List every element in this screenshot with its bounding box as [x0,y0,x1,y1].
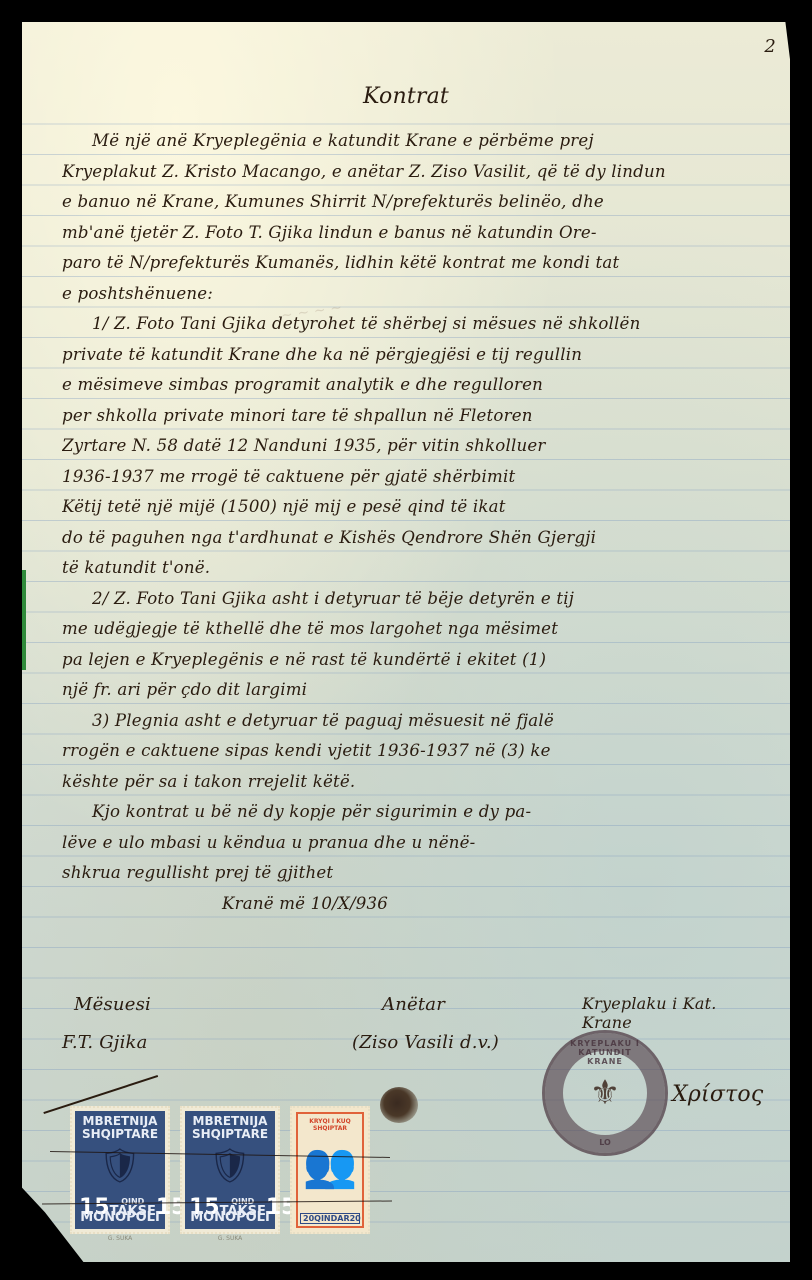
stamp-value-left: 20 [303,1214,314,1223]
contract-paper: 2 Kontrat ~ ~ ~ ~ Më një anë Kryeplegëni… [22,22,790,1262]
text-line: Më një anë Kryeplegënia e katundit Krane… [62,126,760,157]
tax-stamp-2: MBRETNIJA SHQIPTARE 🛡 15 QINDTAKSE 15 MO… [180,1106,280,1234]
text-line: do të paguhen nga t'ardhunat e Kishës Qe… [62,523,760,554]
stamp-monopoli: MONOPOLI [185,1210,275,1225]
text-line: pa lejen e Kryeplegënis e në rast të kun… [62,645,760,676]
text-line: një fr. ari për çdo dit largimi [62,675,760,706]
teacher-label: Mësuesi [74,994,151,1015]
double-eagle-icon: 🛡 [75,1141,165,1191]
stamp-country-line2: SHQIPTARE [75,1128,165,1141]
clause-1-line: 1/ Z. Foto Tani Gjika detyrohet të shërb… [62,309,760,340]
text-line: shkrua regullisht prej të gjithet [62,858,760,889]
text-line: lëve e ulo mbasi u këndua u pranua dhe u… [62,828,760,859]
stamp-printer: G. SUKA [185,1235,275,1242]
text-line: 1936-1937 me rrogë të caktuene për gjatë… [62,462,760,493]
double-eagle-icon: 🛡 [185,1141,275,1191]
seal-top-text: KRYEPLAKU I KATUNDIT KRANE [559,1039,651,1066]
clause-2-line: 2/ Z. Foto Tani Gjika asht i detyruar të… [62,584,760,615]
text-line: me udëgjegje të kthellë dhe të mos largo… [62,614,760,645]
stamp-monopoli: MONOPOLI [75,1210,165,1225]
stamp-country-line1: MBRETNIJA [75,1111,165,1128]
stamp-country-line2: SHQIPTARE [185,1128,275,1141]
text-line: Këtij tetë një mijë (1500) një mij e pes… [62,492,760,523]
stamp-denom: QINDAR [314,1214,349,1223]
signature-names: F.T. Gjika (Ziso Vasili d.v.) [62,1032,770,1072]
figures-icon: 👥 [298,1132,362,1200]
contract-body: Më një anë Kryeplegënia e katundit Krane… [62,126,760,919]
green-edge-mark [22,570,26,670]
stamp-motto: KRYQI I KUQ SHQIPTAR [298,1118,362,1132]
text-line: private të katundit Krane dhe ka në përg… [62,340,760,371]
text-line: Zyrtare N. 58 datë 12 Nanduni 1935, për … [62,431,760,462]
clause-3-line: 3) Plegnia asht e detyruar të paguaj mës… [62,706,760,737]
seal-bottom-text: LO [545,1138,665,1147]
closing-line: Kjo kontrat u bë në dy kopje për sigurim… [62,797,760,828]
signature-labels: Mësuesi Anëtar Kryeplaku i Kat. Krane [62,994,770,1034]
document-title: Kontrat [22,84,790,109]
thumbprint-icon [380,1087,418,1123]
text-line: mb'anë tjetër Z. Foto T. Gjika lindun e … [62,218,760,249]
text-line: e mësimeve simbas programit analytik e d… [62,370,760,401]
coat-of-arms-icon: ⚜ [585,1069,625,1117]
text-line: e banuo në Krane, Kumunes Shirrit N/pref… [62,187,760,218]
red-cross-stamp: KRYQI I KUQ SHQIPTAR 👥 20 QINDAR 20 [290,1106,370,1234]
village-head-signature: Χρίστος [672,1082,763,1107]
village-head-label: Kryeplaku i Kat. Krane [582,994,770,1032]
place-date: Kranë më 10/X/936 [62,889,760,920]
text-line: rrogën e caktuene sipas kendi vjetit 193… [62,736,760,767]
text-line: per shkolla private minori tare të shpal… [62,401,760,432]
page-number: 2 [764,36,776,57]
stamp-printer: G. SUKA [75,1235,165,1242]
text-line: e poshtshënuene: [62,279,760,310]
text-line: kështe për sa i takon rrejelit këtë. [62,767,760,798]
member-label: Anëtar [382,994,445,1015]
stamp-value-right: 20 [350,1214,361,1223]
text-line: paro të N/prefekturës Kumanës, lidhin kë… [62,248,760,279]
tax-stamp-1: MBRETNIJA SHQIPTARE 🛡 15 QINDTAKSE 15 MO… [70,1106,170,1234]
stamp-country-line1: MBRETNIJA [185,1111,275,1128]
member-signature: (Ziso Vasili d.v.) [352,1032,499,1053]
village-seal: KRYEPLAKU I KATUNDIT KRANE ⚜ LO [542,1030,668,1156]
text-line: Kryeplakut Z. Kristo Macango, e anëtar Z… [62,157,760,188]
text-line: të katundit t'onë. [62,553,760,584]
